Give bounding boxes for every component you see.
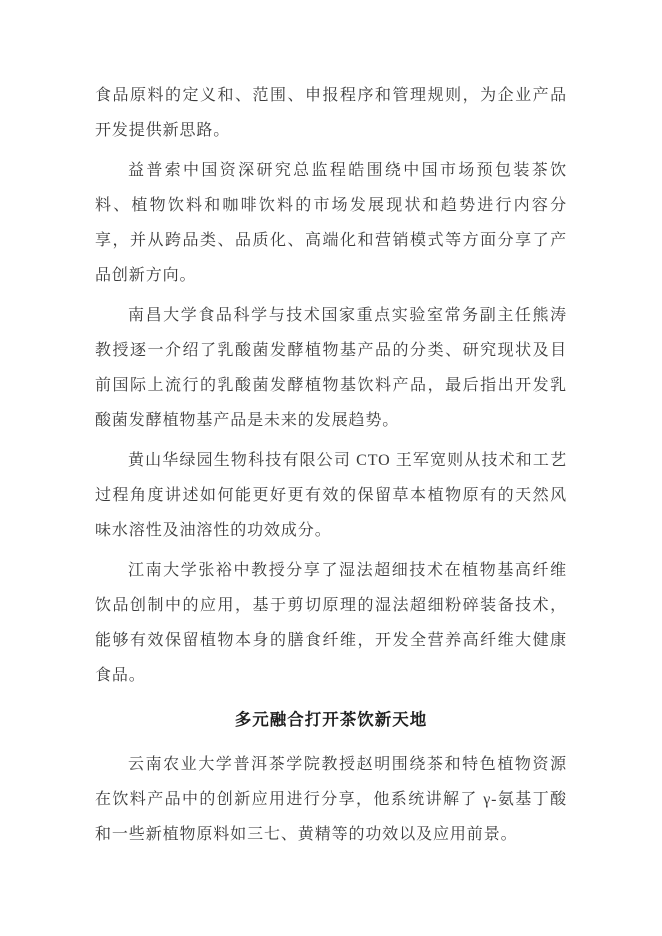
paragraph-huangshan-cto: 黄山华绿园生物科技有限公司 CTO 王军宽则从技术和工艺过程角度讲述如何能更好更… [95, 443, 567, 548]
paragraph-jiangnan-university: 江南大学张裕中教授分享了湿法超细技术在植物基高纤维饮品创制中的应用，基于剪切原理… [95, 553, 567, 693]
paragraph-continuation: 食品原料的定义和、范围、申报程序和管理规则，为企业产品开发提供新思路。 [95, 78, 567, 148]
paragraph-market-research: 益普索中国资深研究总监程皓围绕中国市场预包装茶饮料、植物饮料和咖啡饮料的市场发展… [95, 153, 567, 293]
paragraph-yunnan-agricultural: 云南农业大学普洱茶学院教授赵明围绕茶和特色植物资源在饮料产品中的创新应用进行分享… [95, 747, 567, 852]
document-page: 食品原料的定义和、范围、申报程序和管理规则，为企业产品开发提供新思路。 益普索中… [0, 0, 662, 936]
document-content: 食品原料的定义和、范围、申报程序和管理规则，为企业产品开发提供新思路。 益普索中… [95, 78, 567, 857]
section-heading: 多元融合打开茶饮新天地 [95, 702, 567, 737]
paragraph-nanchang-university: 南昌大学食品科学与技术国家重点实验室常务副主任熊涛教授逐一介绍了乳酸菌发酵植物基… [95, 298, 567, 438]
